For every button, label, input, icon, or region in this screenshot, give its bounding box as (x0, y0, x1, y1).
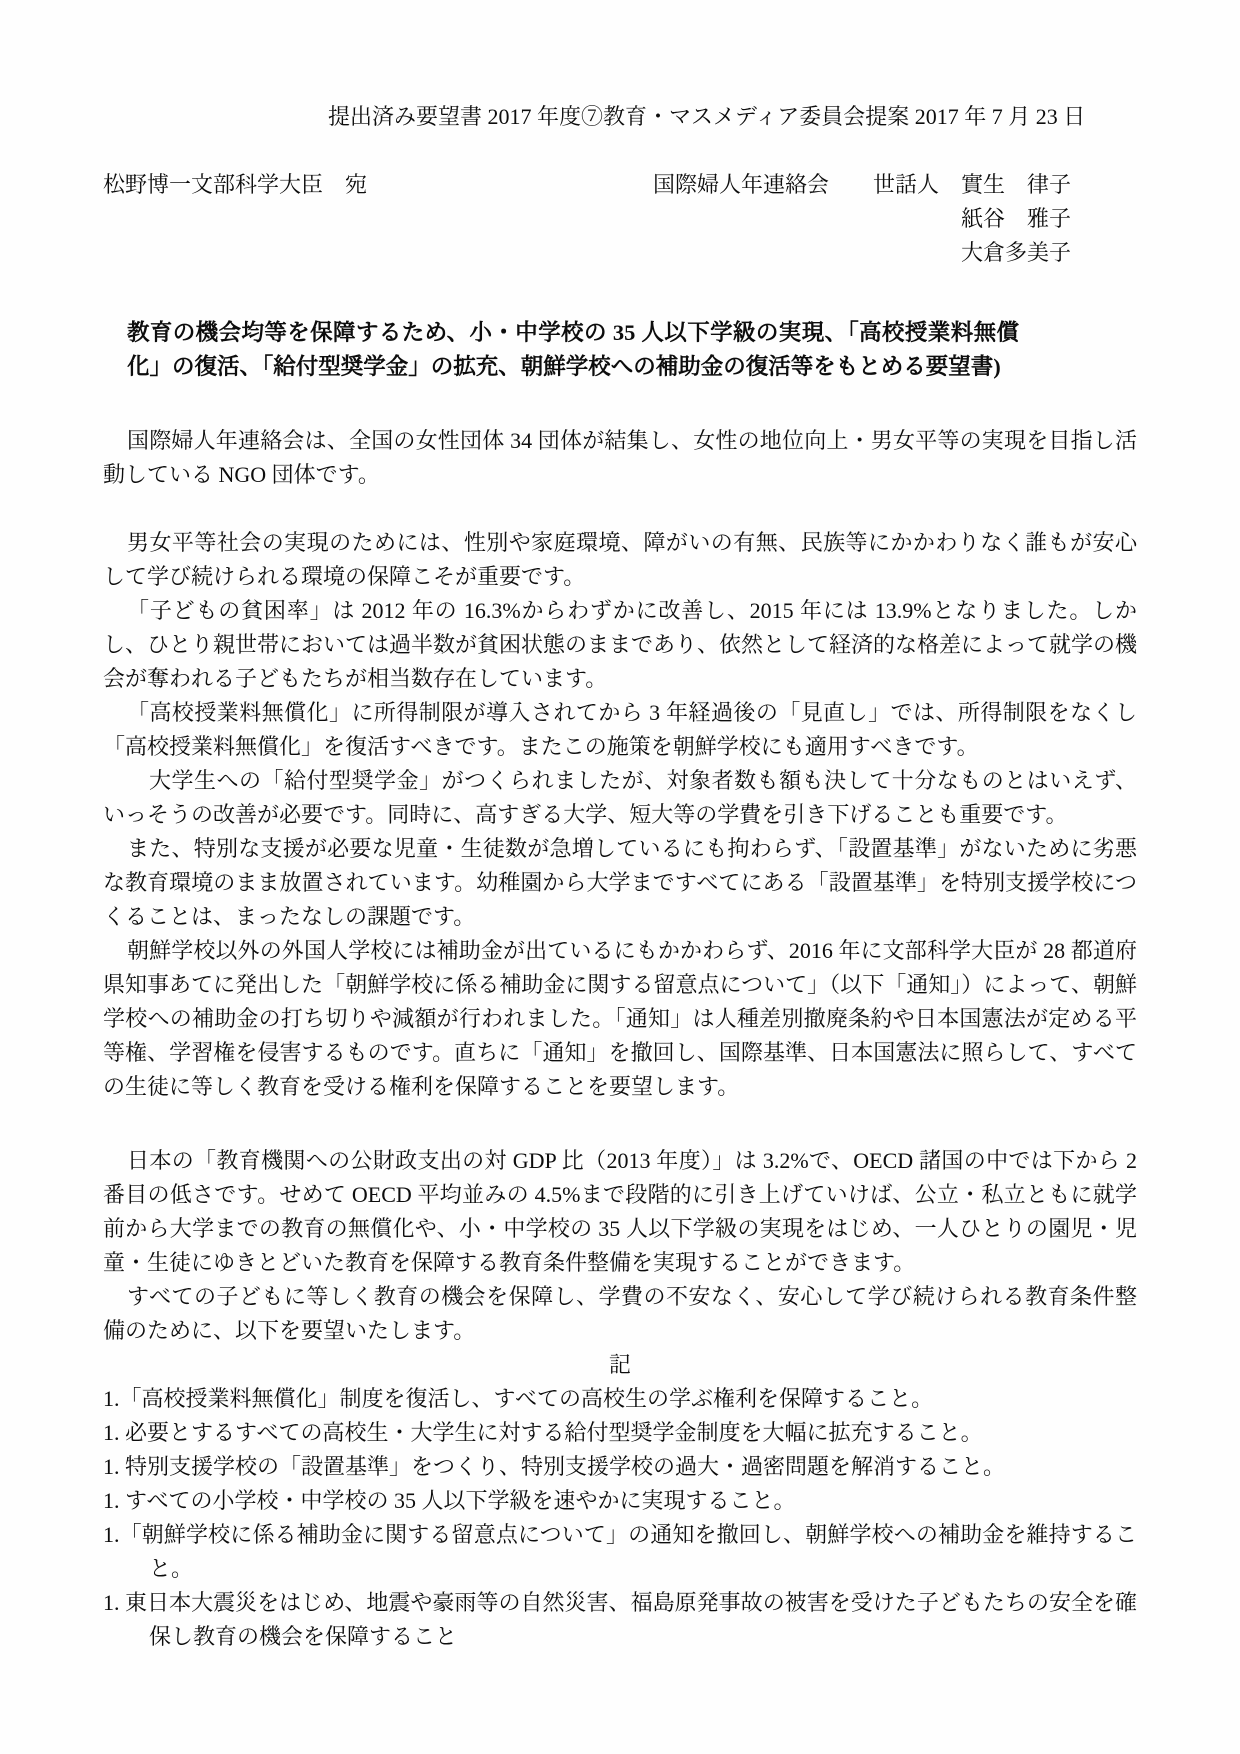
addressee-row: 松野博一文部科学大臣 宛 国際婦人年連絡会 世話人 實生 律子 紙谷 雅子 大倉… (103, 168, 1137, 270)
ki-marker: 記 (103, 1348, 1137, 1382)
document-header: 提出済み要望書 2017 年度⑦教育・マスメディア委員会提案 2017 年 7 … (103, 100, 1137, 134)
signer-block: 国際婦人年連絡会 世話人 實生 律子 紙谷 雅子 大倉多美子 (653, 168, 1071, 270)
list-item-disaster-children: 1. 東日本大震災をはじめ、地震や豪雨等の自然災害、福島原発事故の被害を受けた子… (103, 1586, 1137, 1654)
list-item-class-size: 1. すべての小学校・中学校の 35 人以下学級を速やかに実現すること。 (103, 1484, 1137, 1518)
request-list: 1.「高校授業料無償化」制度を復活し、すべての高校生の学ぶ権利を保障すること。 … (103, 1382, 1137, 1654)
document-page: 提出済み要望書 2017 年度⑦教育・マスメディア委員会提案 2017 年 7 … (0, 0, 1240, 1754)
organization-line: 国際婦人年連絡会 世話人 實生 律子 (653, 168, 1071, 202)
paragraph-intro-ngo: 国際婦人年連絡会は、全国の女性団体 34 団体が結集し、女性の地位向上・男女平等… (103, 424, 1137, 492)
list-item-special-support-standard: 1. 特別支援学校の「設置基準」をつくり、特別支援学校の過大・過密問題を解消する… (103, 1450, 1137, 1484)
list-item-tuition-free: 1.「高校授業料無償化」制度を復活し、すべての高校生の学ぶ権利を保障すること。 (103, 1382, 1137, 1416)
paragraph-special-support: また、特別な支援が必要な児童・生徒数が急増しているにも拘わらず、「設置基準」がな… (103, 832, 1137, 934)
paragraph-closing-request: すべての子どもに等しく教育の機会を保障し、学費の不安なく、安心して学び続けられる… (103, 1280, 1137, 1348)
signer-name: 大倉多美子 (653, 236, 1071, 270)
paragraph-child-poverty: 「子どもの貧困率」は 2012 年の 16.3%からわずかに改善し、2015 年… (103, 594, 1137, 696)
document-title: 教育の機会均等を保障するため、小・中学校の 35 人以下学級の実現、「高校授業料… (127, 316, 1019, 384)
list-item-korean-school-subsidy: 1.「朝鮮学校に係る補助金に関する留意点について」の通知を撤回し、朝鮮学校への補… (103, 1518, 1137, 1586)
paragraph-tuition-free: 「高校授業料無償化」に所得制限が導入されてから 3 年経過後の「見直し」では、所… (103, 696, 1137, 764)
paragraph-korean-schools: 朝鮮学校以外の外国人学校には補助金が出ているにもかかわらず、2016 年に文部科… (103, 934, 1137, 1104)
paragraph-scholarship: 大学生への「給付型奨学金」がつくられましたが、対象者数も額も決して十分なものとは… (103, 764, 1137, 832)
addressee: 松野博一文部科学大臣 宛 (103, 168, 367, 202)
signer-name: 紙谷 雅子 (653, 202, 1071, 236)
paragraph-gdp-spending: 日本の「教育機関への公財政支出の対 GDP 比（2013 年度）」は 3.2%で… (103, 1144, 1137, 1280)
paragraph-gender-equality: 男女平等社会の実現のためには、性別や家庭環境、障がいの有無、民族等にかかわりなく… (103, 526, 1137, 594)
list-item-scholarship: 1. 必要とするすべての高校生・大学生に対する給付型奨学金制度を大幅に拡充するこ… (103, 1416, 1137, 1450)
